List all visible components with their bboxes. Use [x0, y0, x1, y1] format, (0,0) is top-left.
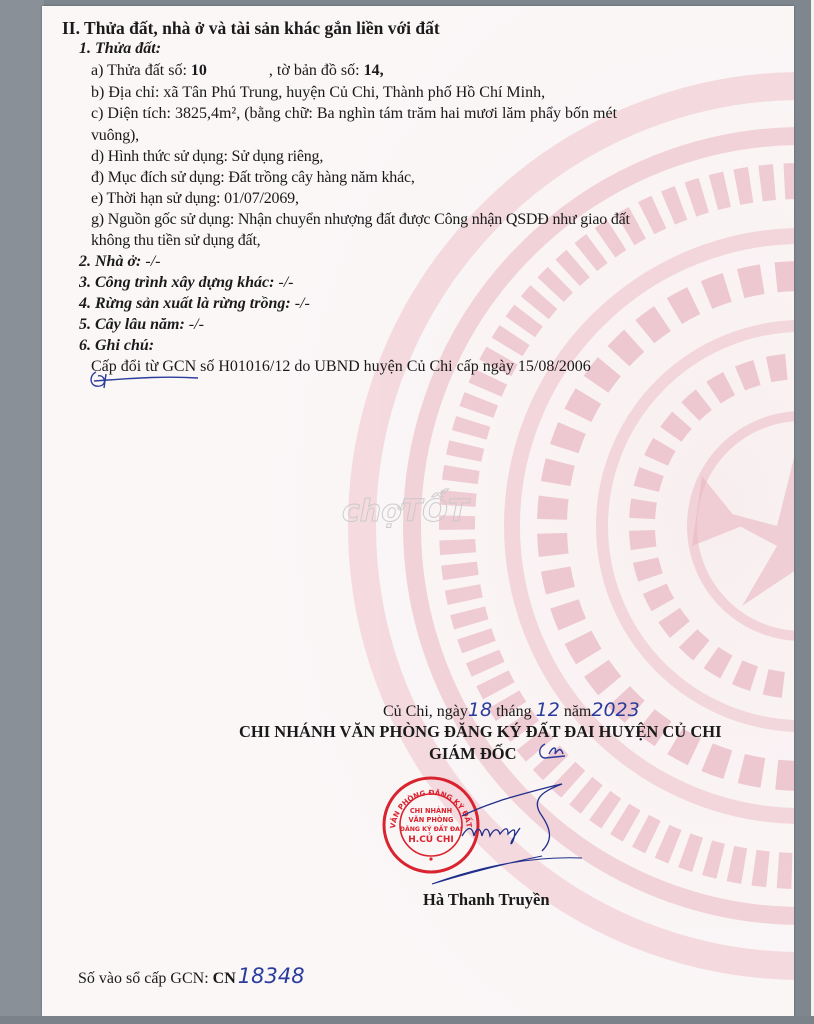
item-house: 2. Nhà ở: -/- [79, 252, 160, 272]
item-perennial-trees: 5. Cây lâu năm: -/- [79, 315, 204, 335]
signer-name: Hà Thanh Truyền [423, 890, 550, 910]
registry-prefix: CN [213, 970, 236, 987]
certificate-page: chợTỐT II. Thửa đất, nhà ở và tài sản kh… [42, 6, 794, 1016]
parcel-address: b) Địa chỉ: xã Tân Phú Trung, huyện Củ C… [91, 83, 545, 103]
initials-mark-note [86, 368, 206, 392]
parcel-number-value: 10 [191, 62, 207, 79]
usage-purpose: đ) Mục đích sử dụng: Đất trồng cây hàng … [91, 168, 415, 188]
usage-form: d) Hình thức sử dụng: Sử dụng riêng, [91, 147, 323, 167]
usage-term: e) Thời hạn sử dụng: 01/07/2069, [91, 189, 299, 209]
parcel-heading: 1. Thửa đất: [79, 39, 161, 59]
parcel-area-cont: vuông), [91, 126, 139, 146]
section-title: II. Thửa đất, nhà ở và tài sản khác gắn … [62, 18, 440, 38]
parcel-area: c) Diện tích: 3825,4m², (bằng chữ: Ba ng… [91, 104, 617, 124]
parcel-number-row: a) Thửa đất số: 10, tờ bản đồ số: 14, [91, 61, 384, 81]
issue-year: 2023 [591, 699, 639, 721]
registry-number-handwritten: 18348 [238, 964, 305, 988]
issuing-office: CHI NHÁNH VĂN PHÒNG ĐĂNG KÝ ĐẤT ĐAI HUYỆ… [239, 722, 722, 742]
registry-label: Số vào sổ cấp GCN: [78, 970, 213, 987]
director-signature [402, 776, 632, 886]
map-sheet-label: , tờ bản đồ số: [269, 62, 364, 79]
initials-mark-director [535, 740, 571, 764]
item-notes-heading: 6. Ghi chú: [79, 336, 154, 356]
item-production-forest: 4. Rừng sản xuất là rừng trồng: -/- [79, 294, 310, 314]
issue-month: 12 [536, 699, 560, 721]
scan-left-margin [0, 0, 44, 1024]
registry-number: Số vào sổ cấp GCN: CN18348 [78, 966, 305, 989]
director-title: GIÁM ĐỐC [429, 744, 517, 764]
usage-origin: g) Nguồn gốc sử dụng: Nhận chuyển nhượng… [91, 210, 630, 230]
scan-bottom-margin [0, 1016, 814, 1024]
issue-date: Củ Chi, ngày18 tháng 12 năm2023 [383, 700, 640, 722]
usage-origin-cont: không thu tiền sử dụng đất, [91, 231, 260, 251]
parcel-number-label: a) Thửa đất số: [91, 62, 191, 79]
item-other-construction: 3. Công trình xây dựng khác: -/- [79, 273, 294, 293]
map-sheet-value: 14, [364, 62, 384, 79]
issue-day: 18 [468, 699, 492, 721]
